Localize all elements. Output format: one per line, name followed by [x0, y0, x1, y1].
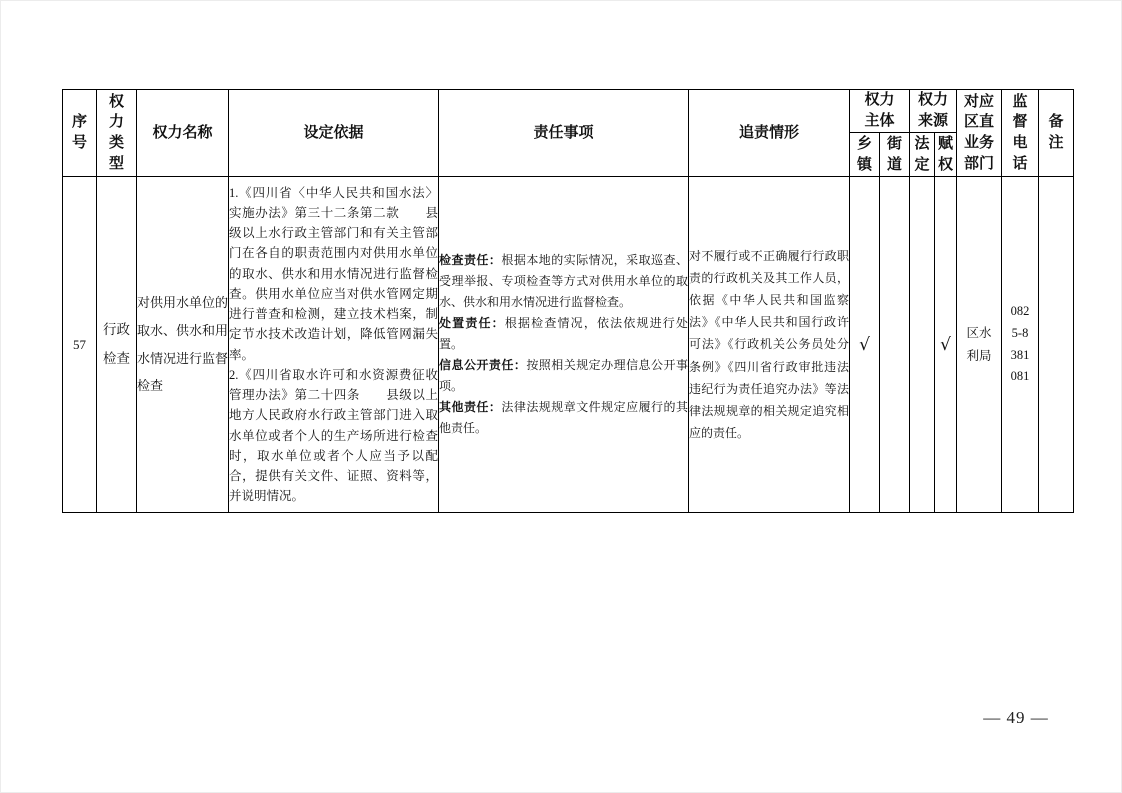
duty-information-disclosure-label: 信息公开责任：: [439, 358, 526, 372]
header-statutory-label: 法定: [915, 134, 930, 175]
header-power-subject-group: 权力主体: [850, 90, 910, 133]
cell-supervision-phone: 082 5-8 381 081: [1002, 177, 1039, 513]
table-row: 57 行政检查 对供用水单位的取水、供水和用水情况进行监督检查 1.《四川省〈中…: [63, 177, 1074, 513]
duty-other-label: 其他责任：: [439, 400, 501, 414]
header-power-source-label: 权力来源: [918, 90, 948, 131]
header-empowerment: 赋权: [935, 133, 957, 177]
header-power-type: 权力类型: [97, 90, 137, 177]
header-district-department-label: 对应区直业务部门: [964, 92, 994, 175]
header-power-source-group: 权力来源: [910, 90, 957, 133]
header-power-type-label: 权力类型: [109, 92, 124, 175]
header-empowerment-label: 赋权: [938, 134, 953, 175]
header-statutory: 法定: [910, 133, 935, 177]
header-serial-number-label: 序号: [72, 112, 87, 153]
cell-township-check: √: [850, 177, 880, 513]
header-setting-basis: 设定依据: [229, 90, 439, 177]
power-type-text: 行政检查: [103, 316, 130, 373]
phone-line-4: 081: [1002, 366, 1038, 388]
header-serial-number: 序号: [63, 90, 97, 177]
cell-statutory-check: [910, 177, 935, 513]
document-page: { "page": { "number_label": "— 49 —" }, …: [0, 0, 1122, 793]
header-remarks-label: 备注: [1049, 112, 1064, 153]
header-township: 乡镇: [850, 133, 880, 177]
cell-empowerment-check: √: [935, 177, 957, 513]
duty-information-disclosure: 信息公开责任：按照相关规定办理信息公开事项。: [439, 355, 688, 397]
cell-serial-number: 57: [63, 177, 97, 513]
header-supervision-phone: 监督电话: [1002, 90, 1039, 177]
header-district-department: 对应区直业务部门: [957, 90, 1002, 177]
duty-disposal-label: 处置责任：: [439, 316, 505, 330]
duty-inspection: 检查责任：根据本地的实际情况，采取巡查、受理举报、专项检查等方式对供用水单位的取…: [439, 250, 688, 313]
page-number: — 49 —: [956, 708, 1076, 728]
header-township-label: 乡镇: [857, 134, 872, 175]
cell-power-name: 对供用水单位的取水、供水和用水情况进行监督检查: [137, 177, 229, 513]
cell-accountability: 对不履行或不正确履行行政职责的行政机关及其工作人员，依据《中华人民共和国监察法》…: [689, 177, 850, 513]
header-power-subject-label: 权力主体: [865, 90, 895, 131]
power-list-table: 序号 权力类型 权力名称 设定依据 责任事项 追责情形 权力主体 权力来源 对应…: [62, 89, 1074, 513]
phone-line-1: 082: [1002, 301, 1038, 323]
phone-line-3: 381: [1002, 345, 1038, 367]
phone-line-2: 5-8: [1002, 323, 1038, 345]
header-street: 街道: [880, 133, 910, 177]
header-responsibility-items: 责任事项: [439, 90, 689, 177]
duty-other: 其他责任：法律法规规章文件规定应履行的其他责任。: [439, 397, 688, 439]
header-supervision-phone-label: 监督电话: [1013, 92, 1028, 175]
cell-power-type: 行政检查: [97, 177, 137, 513]
district-department-text: 区水利局: [967, 322, 992, 367]
basis-item-1: 1.《四川省〈中华人民共和国水法〉实施办法》第三十二条第二款 县级以上水行政主管…: [229, 183, 438, 365]
header-power-name: 权力名称: [137, 90, 229, 177]
duty-disposal: 处置责任：根据检查情况，依法依规进行处置。: [439, 313, 688, 355]
duty-inspection-label: 检查责任：: [439, 253, 501, 267]
header-street-label: 街道: [887, 134, 902, 175]
cell-responsibility-items: 检查责任：根据本地的实际情况，采取巡查、受理举报、专项检查等方式对供用水单位的取…: [439, 177, 689, 513]
cell-setting-basis: 1.《四川省〈中华人民共和国水法〉实施办法》第三十二条第二款 县级以上水行政主管…: [229, 177, 439, 513]
header-accountability-situations: 追责情形: [689, 90, 850, 177]
cell-remarks: [1039, 177, 1074, 513]
cell-street-check: [880, 177, 910, 513]
cell-district-department: 区水利局: [957, 177, 1002, 513]
basis-item-2: 2.《四川省取水许可和水资源费征收管理办法》第二十四条 县级以上地方人民政府水行…: [229, 365, 438, 507]
header-remarks: 备注: [1039, 90, 1074, 177]
